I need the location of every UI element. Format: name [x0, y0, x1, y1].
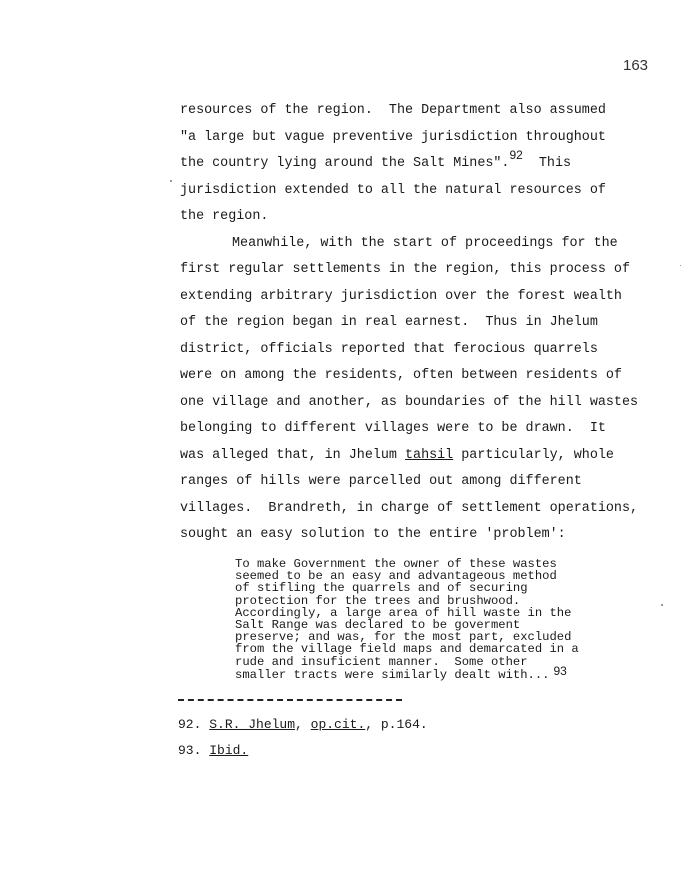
quote-line: rude and insuficient manner. Some other [235, 656, 655, 668]
text-line-content: was alleged that, in Jhelum [180, 448, 405, 463]
footnote-page: , p.164. [365, 717, 427, 732]
footnote-ref-93: 93 [554, 664, 567, 678]
quote-line: protection for the trees and brushwood. [235, 595, 655, 607]
quote-line-content: smaller tracts were similarly dealt with… [235, 668, 550, 682]
footnote-ref: op.cit. [311, 717, 366, 732]
quote-line: of stifling the quarrels and of securing [235, 582, 655, 594]
quote-line: smaller tracts were similarly dealt with… [235, 668, 655, 680]
text-line: of the region began in real earnest. Thu… [180, 310, 650, 337]
text-line-content: This [523, 156, 571, 171]
text-line: was alleged that, in Jhelum tahsil parti… [180, 443, 650, 470]
footnote-ref-92: 92 [509, 148, 522, 162]
scan-speck [661, 604, 663, 606]
paragraph-1: resources of the region. The Department … [180, 98, 650, 231]
text-line-content: particularly, whole [453, 448, 614, 463]
text-line: Meanwhile, with the start of proceedings… [180, 231, 650, 258]
text-line: first regular settlements in the region,… [180, 257, 650, 284]
footnote-number: 93. [178, 743, 201, 758]
scan-speck [680, 265, 681, 266]
body-text: resources of the region. The Department … [180, 98, 650, 549]
footnotes: 92. S.R. Jhelum, op.cit., p.164. 93. Ibi… [178, 712, 428, 764]
text-line: sought an easy solution to the entire 'p… [180, 522, 650, 549]
text-line: the region. [180, 204, 650, 231]
underlined-term: tahsil [405, 448, 453, 463]
paragraph-2: Meanwhile, with the start of proceedings… [180, 231, 650, 549]
footnote-source: S.R. Jhelum [209, 717, 295, 732]
text-line: the country lying around the Salt Mines"… [180, 151, 650, 178]
footnote-divider [178, 699, 402, 701]
text-line: resources of the region. The Department … [180, 98, 650, 125]
text-line: belonging to different villages were to … [180, 416, 650, 443]
footnote-source: Ibid. [209, 743, 248, 758]
text-line: district, officials reported that feroci… [180, 337, 650, 364]
footnote-number: 92. [178, 717, 201, 732]
text-line: ranges of hills were parcelled out among… [180, 469, 650, 496]
text-line: jurisdiction extended to all the natural… [180, 178, 650, 205]
text-line: villages. Brandreth, in charge of settle… [180, 496, 650, 523]
footnote-92: 92. S.R. Jhelum, op.cit., p.164. [178, 712, 428, 738]
text-line-content: the country lying around the Salt Mines"… [180, 156, 509, 171]
text-line: were on among the residents, often betwe… [180, 363, 650, 390]
text-line: one village and another, as boundaries o… [180, 390, 650, 417]
scan-speck [170, 180, 172, 182]
footnote-93: 93. Ibid. [178, 738, 428, 764]
block-quote: To make Government the owner of these wa… [235, 558, 655, 680]
page-number: 163 [623, 57, 648, 74]
text-line: "a large but vague preventive jurisdicti… [180, 125, 650, 152]
quote-line: from the village field maps and demarcat… [235, 643, 655, 655]
footnote-separator: , [295, 717, 311, 732]
text-line: extending arbitrary jurisdiction over th… [180, 284, 650, 311]
